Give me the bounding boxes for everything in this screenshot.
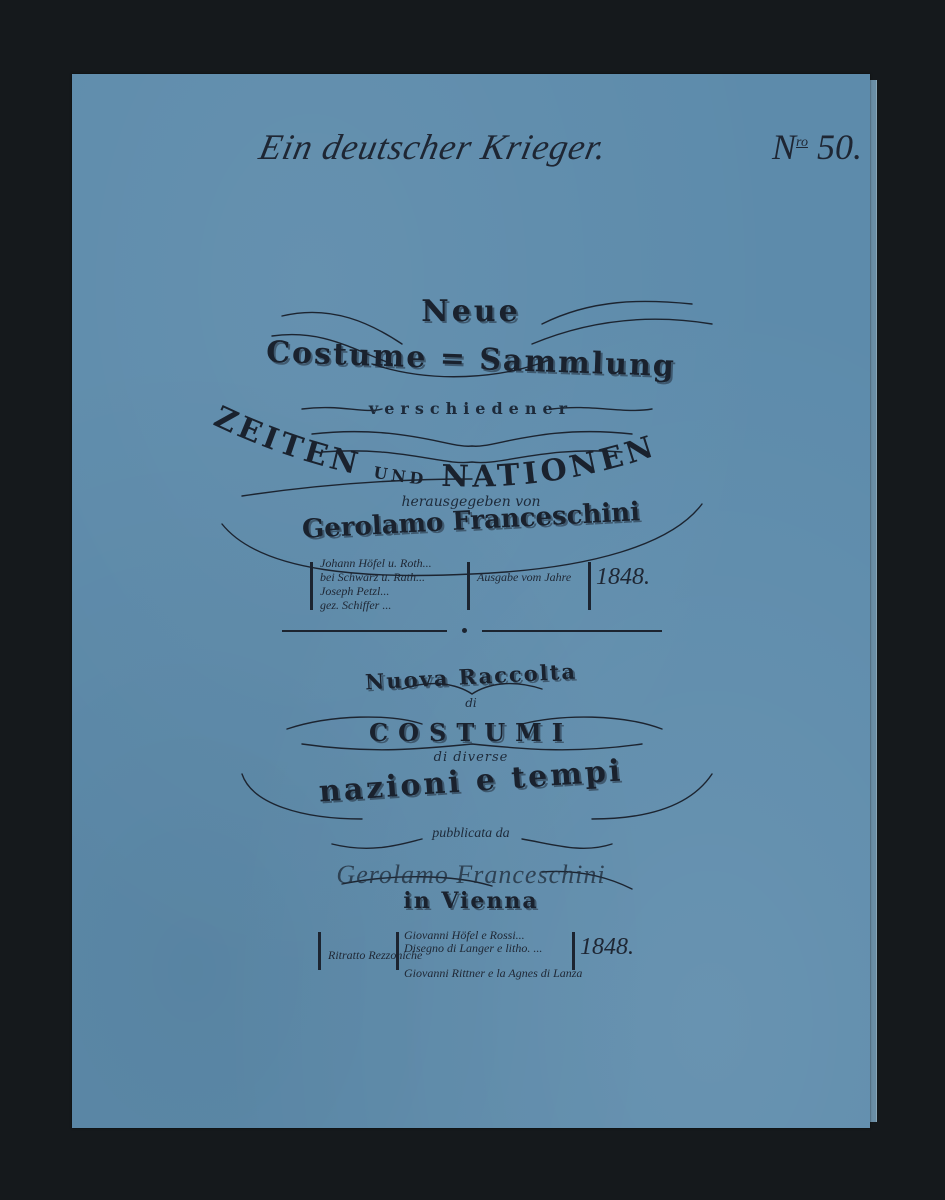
und-word: UND — [372, 463, 428, 489]
note-line: gez. Schiffer ... — [320, 598, 391, 613]
number-value: 50. — [817, 127, 862, 167]
section-divider — [282, 628, 662, 634]
plate-number: Nro 50. — [772, 126, 862, 168]
bracket-right — [572, 932, 575, 970]
note-line: bei Schwarz u. Rath... — [320, 570, 425, 585]
handwritten-notes-italian: Ritratto Rezzoniche Giovanni Höfel e Ros… — [304, 926, 724, 986]
published-by-intro: pubblicata da — [72, 826, 870, 842]
year: 1848. — [596, 564, 650, 591]
number-superscript: ro — [796, 135, 808, 150]
bracket-left — [318, 932, 321, 970]
nationen-word: NATIONEN — [441, 429, 661, 495]
publisher-name-italian: Gerolamo Franceschini — [72, 860, 870, 890]
title-page-sheet: Ein deutscher Krieger. Nro 50. Neue Cost… — [72, 74, 870, 1128]
year: 1848. — [580, 934, 634, 961]
handwritten-subject-title: Ein deutscher Krieger. — [256, 126, 612, 168]
note-line: Disegno di Langer e litho. ... — [404, 941, 542, 956]
handwritten-notes-german: Johann Höfel u. Roth... bei Schwarz u. R… — [302, 554, 682, 624]
bracket-middle — [396, 932, 399, 970]
title-costume-sammlung: Costume = Sammlung — [72, 328, 871, 391]
bracket-middle — [467, 562, 470, 610]
number-label: N — [772, 127, 796, 167]
note-line: Ausgabe vom Jahre — [477, 570, 571, 585]
zeiten-word: ZEITEN — [209, 400, 365, 483]
note-line: Giovanni Rittner e la Agnes di Lanza — [404, 966, 582, 981]
title-di: di — [72, 696, 870, 710]
title-neue: Neue — [72, 294, 870, 329]
title-costumi: COSTUMI — [72, 718, 870, 747]
note-line: Johann Höfel u. Roth... — [320, 556, 432, 571]
bracket-right — [588, 562, 591, 610]
city-in-vienna: in Vienna — [72, 888, 870, 914]
note-line: Joseph Petzl... — [320, 584, 389, 599]
svg-text:ZEITEN UND: ZEITEN UND NATIONEN — [209, 400, 662, 495]
bracket-left — [310, 562, 313, 610]
